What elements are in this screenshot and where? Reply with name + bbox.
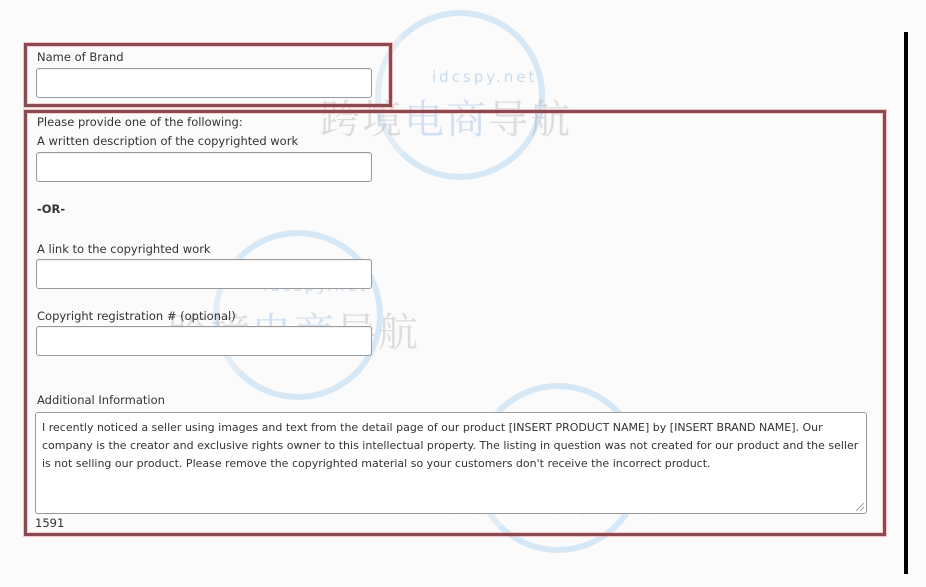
copyrighted-work-link-input[interactable]: [36, 259, 372, 289]
additional-info-textarea[interactable]: I recently noticed a seller using images…: [35, 412, 867, 514]
instructions-text: Please provide one of the following:: [37, 115, 243, 129]
brand-label: Name of Brand: [37, 50, 124, 64]
link-label: A link to the copyrighted work: [37, 242, 211, 256]
right-edge-divider: [904, 32, 908, 574]
watermark-domain: idcspy.net: [432, 68, 537, 86]
written-description-label: A written description of the copyrighted…: [37, 134, 298, 148]
character-count: 1591: [35, 516, 64, 530]
copyright-registration-input[interactable]: [36, 326, 372, 356]
resize-handle-icon[interactable]: [856, 503, 864, 511]
brand-name-input[interactable]: [36, 68, 372, 98]
or-separator: -OR-: [37, 202, 65, 216]
written-description-input[interactable]: [36, 152, 372, 182]
additional-info-label: Additional Information: [37, 393, 165, 407]
registration-label: Copyright registration # (optional): [37, 309, 236, 323]
